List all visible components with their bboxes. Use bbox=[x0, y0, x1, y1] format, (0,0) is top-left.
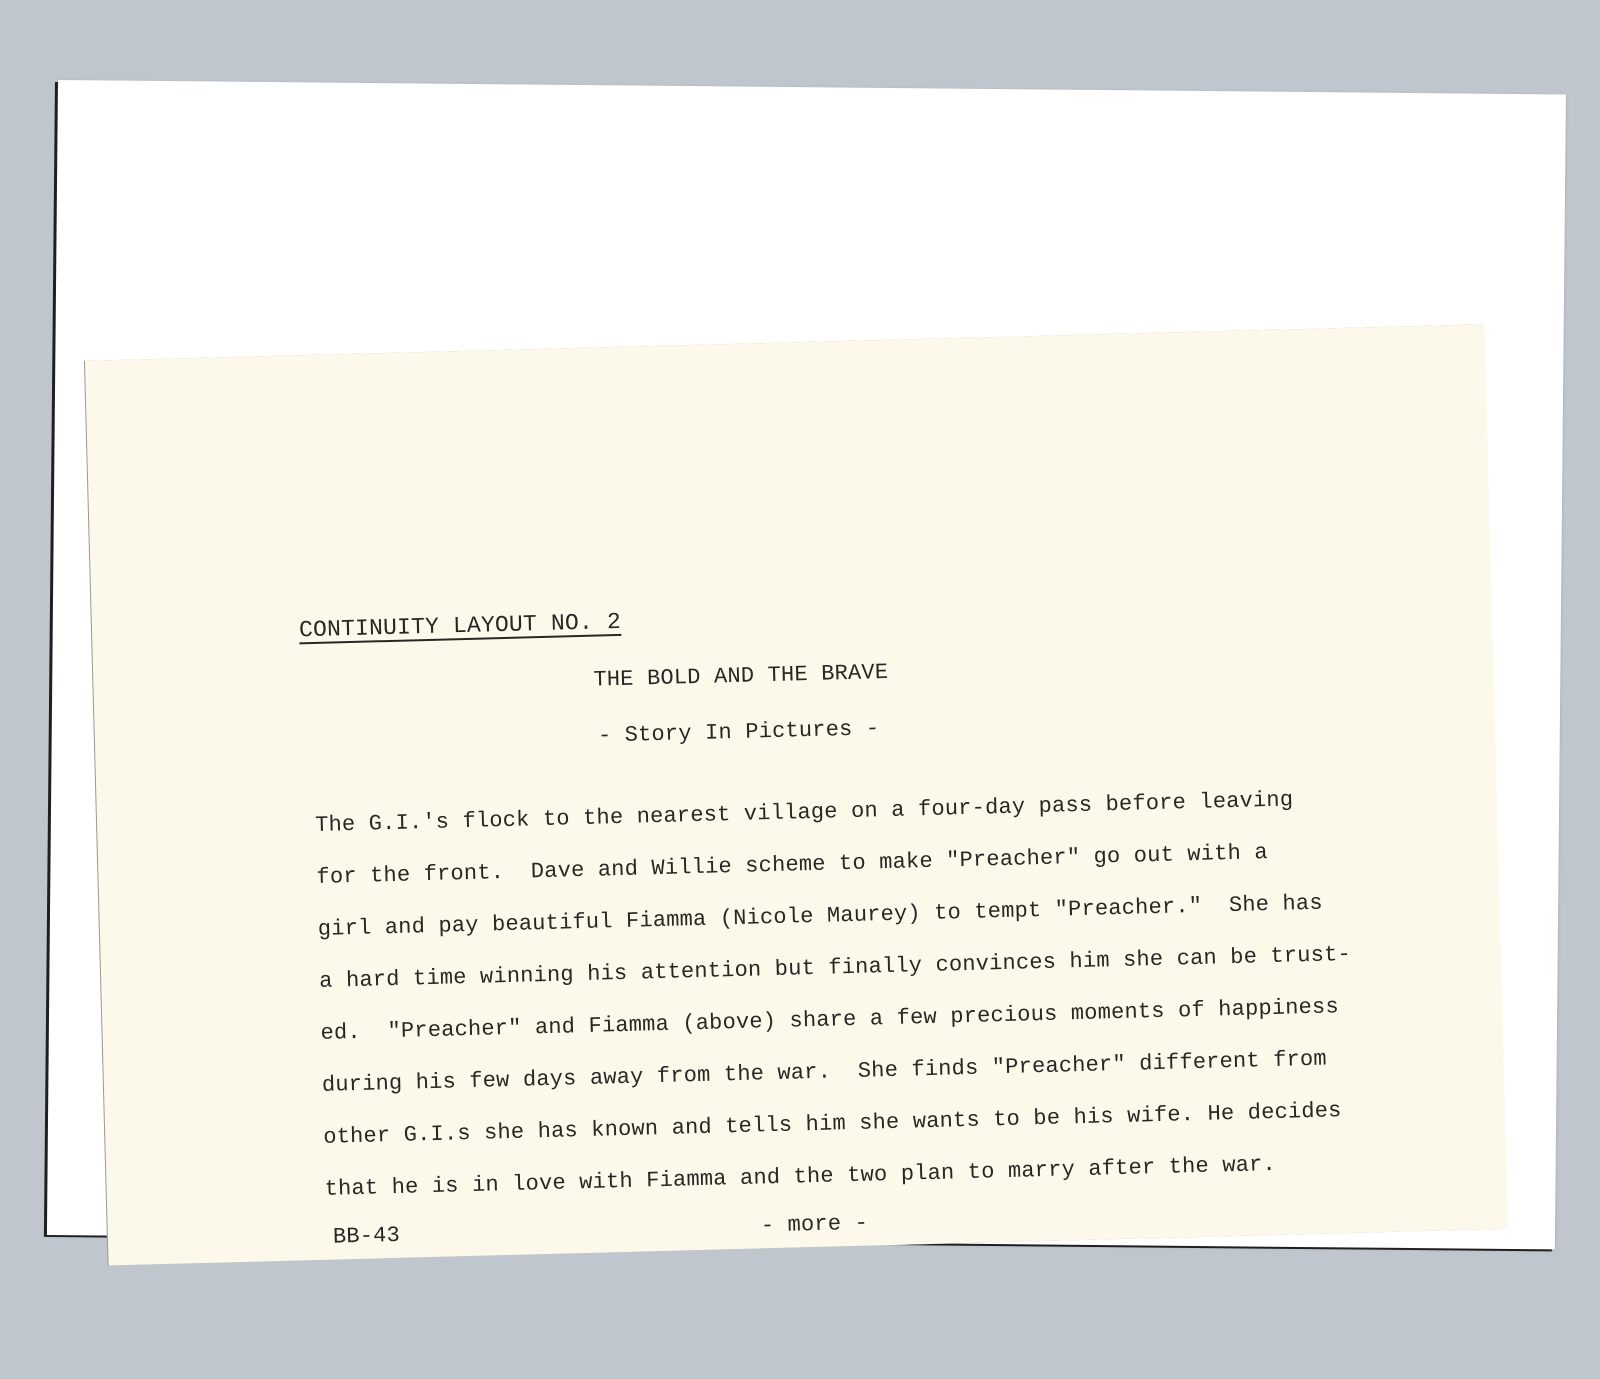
film-title: THE BOLD AND THE BRAVE bbox=[593, 660, 888, 693]
continuation-marker: - more - bbox=[760, 1211, 868, 1239]
document-heading: CONTINUITY LAYOUT NO. 2 bbox=[299, 609, 622, 643]
typed-caption-slip: CONTINUITY LAYOUT NO. 2 THE BOLD AND THE… bbox=[85, 324, 1508, 1265]
story-paragraph: The G.I.'s flock to the nearest village … bbox=[315, 771, 1426, 1216]
document-subtitle: - Story In Pictures - bbox=[598, 716, 880, 748]
mounting-card: CONTINUITY LAYOUT NO. 2 THE BOLD AND THE… bbox=[47, 80, 1566, 1249]
reference-code: BB-43 bbox=[333, 1223, 401, 1250]
caption-text-area: CONTINUITY LAYOUT NO. 2 THE BOLD AND THE… bbox=[85, 324, 1508, 1265]
